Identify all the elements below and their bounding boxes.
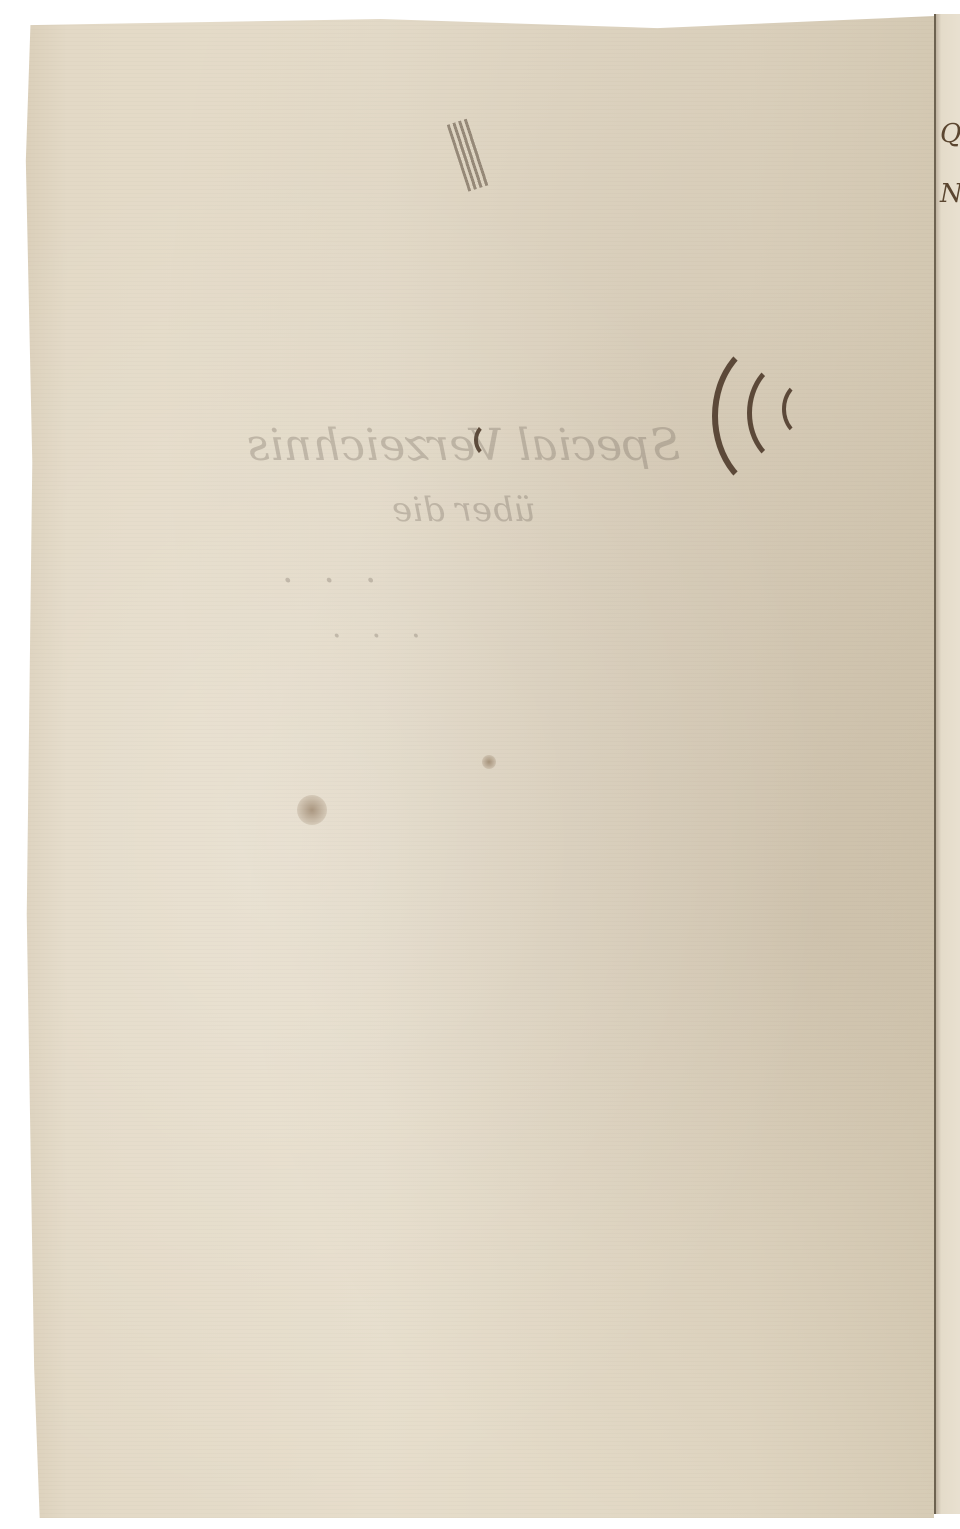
adjacent-page-glyph: N bbox=[940, 179, 960, 209]
bleed-through-line-3: ... bbox=[252, 550, 376, 591]
bleed-through-line-4: ... bbox=[302, 610, 421, 645]
bleed-through-line-2: über die bbox=[392, 490, 536, 530]
ink-mark bbox=[447, 118, 490, 191]
adjacent-page-edge: Q N bbox=[934, 14, 960, 1514]
foxing-spot bbox=[297, 795, 327, 825]
foxing-spot bbox=[482, 755, 496, 769]
bleed-through-line-1: Special Verzeichnis bbox=[247, 420, 680, 471]
ink-flourish-small bbox=[782, 380, 830, 438]
ink-flourish-large bbox=[712, 335, 844, 497]
ink-flourish-inline bbox=[474, 422, 506, 458]
manuscript-page: Special Verzeichnis über die ... ... bbox=[12, 10, 934, 1518]
ink-flourish-medium bbox=[747, 358, 837, 468]
adjacent-page-glyph: Q bbox=[940, 119, 960, 149]
